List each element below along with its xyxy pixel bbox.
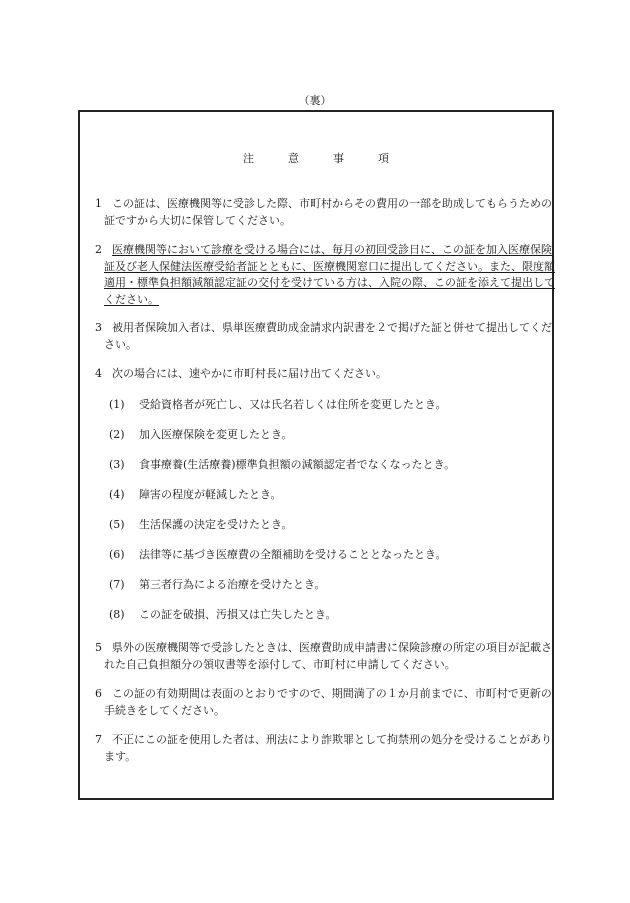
notice-item-4: 4次の場合には、速やかに市町村長に届け出てください。 [95,366,558,383]
sub-item-text: この証を破損、汚損又は亡失したとき。 [139,608,337,621]
notice-item-3: 3被用者保険加入者は、県単医療費助成金請求内訳書を２で掲げた証と併せて提出してく… [95,320,558,353]
sub-item-6: (6)法律等に基づき医療費の全額補助を受けることとなったとき。 [109,547,529,564]
notice-item-6: 6この証の有効期間は表面のとおりですので、期間満了の１か月前までに、市町村で更新… [95,686,558,719]
sub-item-number: (3) [109,457,139,474]
item-text: 医療機関等において診療を受ける場合には、毎月の初回受診日に、この証を加入医療保険… [104,243,555,306]
sub-item-8: (8)この証を破損、汚損又は亡失したとき。 [109,607,529,624]
item-text: 県外の医療機関等で受診したときは、医療費助成申請書に保険診療の所定の項目が記載さ… [104,641,552,671]
item-number: 7 [95,732,112,749]
page-side-label: （裏） [0,94,630,108]
sub-item-number: (8) [109,607,139,624]
item-number: 3 [95,320,112,337]
sub-item-text: 受給資格者が死亡し、又は氏名若しくは住所を変更したとき。 [139,398,447,411]
sub-item-2: (2)加入医療保険を変更したとき。 [109,427,529,444]
item-number: 2 [95,242,112,259]
item-number: 1 [95,196,112,213]
sub-item-text: 生活保護の決定を受けたとき。 [139,518,293,531]
sub-item-text: 食事療養(生活療養)標準負担額の減額認定者でなくなったとき。 [139,458,455,471]
title-char: 項 [378,152,389,166]
item-text: 被用者保険加入者は、県単医療費助成金請求内訳書を２で掲げた証と併せて提出してくだ… [104,321,552,351]
item-text: この証は、医療機関等に受診した際、市町村からその費用の一部を助成してもらうための… [104,197,552,227]
notice-title: 注意事項 [80,152,552,166]
sub-item-number: (6) [109,547,139,564]
item-number: 6 [95,686,112,703]
sub-item-3: (3)食事療養(生活療養)標準負担額の減額認定者でなくなったとき。 [109,457,529,474]
sub-item-text: 加入医療保険を変更したとき。 [139,428,293,441]
sub-item-number: (4) [109,487,139,504]
title-char: 意 [288,152,299,166]
item-text: この証の有効期間は表面のとおりですので、期間満了の１か月前までに、市町村で更新の… [104,687,552,717]
item-text: 次の場合には、速やかに市町村長に届け出てください。 [112,367,387,380]
notice-item-1: 1この証は、医療機関等に受診した際、市町村からその費用の一部を助成してもらうため… [95,196,558,229]
item-number: 5 [95,640,112,657]
sub-item-text: 第三者行為による治療を受けたとき。 [139,578,326,591]
item-number: 4 [95,366,112,383]
sub-item-5: (5)生活保護の決定を受けたとき。 [109,517,529,534]
title-char: 注 [243,152,254,166]
notice-item-7: 7不正にこの証を使用した者は、刑法により詐欺罪として拘禁刑の処分を受けることがあ… [95,732,558,765]
notice-frame: 注意事項 1この証は、医療機関等に受診した際、市町村からその費用の一部を助成して… [78,110,554,800]
notice-item-5: 5県外の医療機関等で受診したときは、医療費助成申請書に保険診療の所定の項目が記載… [95,640,558,673]
notice-item-2: 2医療機関等において診療を受ける場合には、毎月の初回受診日に、この証を加入医療保… [95,242,558,308]
sub-item-4: (4)障害の程度が軽減したとき。 [109,487,529,504]
sub-item-7: (7)第三者行為による治療を受けたとき。 [109,577,529,594]
item-text: 不正にこの証を使用した者は、刑法により詐欺罪として拘禁刑の処分を受けることがあり… [104,733,552,763]
sub-item-number: (7) [109,577,139,594]
sub-item-number: (5) [109,517,139,534]
sub-item-number: (2) [109,427,139,444]
title-char: 事 [333,152,344,166]
sub-item-1: (1)受給資格者が死亡し、又は氏名若しくは住所を変更したとき。 [109,397,529,414]
sub-item-text: 障害の程度が軽減したとき。 [139,488,282,501]
sub-item-text: 法律等に基づき医療費の全額補助を受けることとなったとき。 [139,548,447,561]
sub-item-number: (1) [109,397,139,414]
